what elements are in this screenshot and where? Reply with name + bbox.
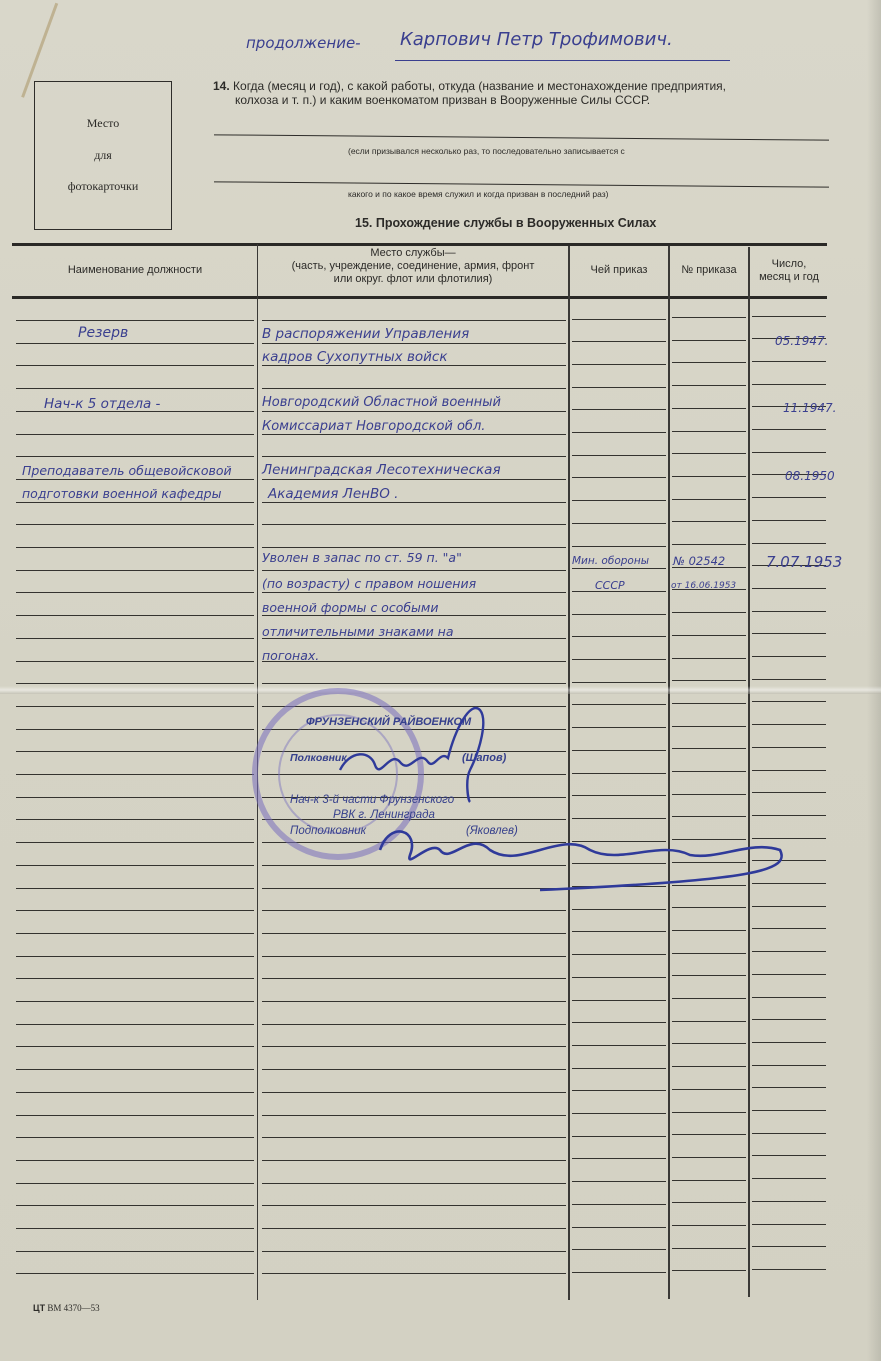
ruled-line xyxy=(16,570,254,571)
table-top-border xyxy=(12,243,827,246)
question-14-note-2: какого и по какое время служил и когда п… xyxy=(348,189,608,199)
ruled-line xyxy=(16,1160,254,1161)
ruled-line xyxy=(752,1178,826,1179)
ruled-line xyxy=(752,1269,826,1270)
ruled-line xyxy=(572,319,666,320)
name-underline xyxy=(395,60,730,61)
row-1-place-line-1: В распоряжении Управления xyxy=(262,326,469,342)
question-14-note-1: (если призывался несколько раз, то после… xyxy=(348,146,625,156)
ruled-line xyxy=(672,953,746,954)
ruled-line xyxy=(262,411,566,412)
question-14-number: 14. xyxy=(213,79,230,93)
ruled-line xyxy=(262,1069,566,1070)
ruled-line xyxy=(672,658,746,659)
ruled-line xyxy=(262,320,566,321)
ruled-line xyxy=(262,1001,566,1002)
ruled-line xyxy=(16,1205,254,1206)
ruled-line xyxy=(16,388,254,389)
ruled-line xyxy=(752,633,826,634)
ruled-line xyxy=(262,1115,566,1116)
ruled-line xyxy=(572,659,666,660)
signer-2-rank: Подполковник xyxy=(290,825,366,837)
ruled-line xyxy=(572,455,666,456)
ruled-line xyxy=(752,928,826,929)
ruled-line xyxy=(752,1201,826,1202)
ruled-line xyxy=(572,364,666,365)
ruled-line xyxy=(672,680,746,681)
ruled-line xyxy=(572,523,666,524)
form-code: ЦТ ВМ 4370—53 xyxy=(33,1303,100,1313)
ruled-line xyxy=(752,1133,826,1134)
ruled-line xyxy=(752,1224,826,1225)
ruled-line xyxy=(672,1043,746,1044)
ruled-line xyxy=(752,770,826,771)
ruled-line xyxy=(572,750,666,751)
ruled-line xyxy=(572,954,666,955)
ruled-line xyxy=(262,456,566,457)
ruled-line xyxy=(752,429,826,430)
header-order-number: № приказа xyxy=(670,264,748,277)
ruled-line xyxy=(572,1090,666,1091)
ruled-line xyxy=(262,524,566,525)
ruled-line xyxy=(16,1115,254,1116)
ruled-line xyxy=(16,1137,254,1138)
ruled-line xyxy=(672,1180,746,1181)
ruled-line xyxy=(572,931,666,932)
ruled-line xyxy=(572,1249,666,1250)
ruled-line xyxy=(672,1202,746,1203)
ruled-line xyxy=(572,682,666,683)
table-header-bottom-border xyxy=(12,296,827,299)
ruled-line xyxy=(752,724,826,725)
ruled-line xyxy=(752,747,826,748)
ruled-line xyxy=(262,615,566,616)
ruled-line xyxy=(672,907,746,908)
row-4-place-line-3: военной формы с особыми xyxy=(262,600,438,615)
ruled-line xyxy=(262,547,566,548)
ruled-line xyxy=(262,1137,566,1138)
row-2-position: Нач-к 5 отдела - xyxy=(44,396,160,412)
ruled-line xyxy=(752,588,826,589)
ruled-line xyxy=(16,797,254,798)
ruled-line xyxy=(672,1134,746,1135)
header-date-line-2: месяц и год xyxy=(750,271,828,284)
ruled-line xyxy=(752,543,826,544)
ruled-line xyxy=(672,794,746,795)
ruled-line xyxy=(752,1087,826,1088)
ruled-line xyxy=(672,1157,746,1158)
ruled-line xyxy=(16,706,254,707)
ruled-line xyxy=(572,1113,666,1114)
ruled-line xyxy=(16,751,254,752)
ruled-line xyxy=(262,343,566,344)
row-1-date: 05.1947. xyxy=(775,334,828,348)
ruled-line xyxy=(672,476,746,477)
ruled-line xyxy=(16,774,254,775)
header-place-line-1: Место службы— xyxy=(258,247,568,260)
header-date-line-1: Число, xyxy=(750,258,828,271)
ruled-line xyxy=(262,1024,566,1025)
answer-line-1 xyxy=(214,134,829,140)
ruled-line xyxy=(262,683,566,684)
ruled-line xyxy=(572,727,666,728)
ruled-line xyxy=(572,977,666,978)
ruled-line xyxy=(672,1248,746,1249)
ruled-line xyxy=(262,1092,566,1093)
ruled-line xyxy=(752,1155,826,1156)
ruled-line xyxy=(572,409,666,410)
ruled-line xyxy=(262,1160,566,1161)
ruled-line xyxy=(262,978,566,979)
ruled-line xyxy=(16,434,254,435)
ruled-line xyxy=(672,1112,746,1113)
ruled-line xyxy=(752,906,826,907)
row-2-place-line-2: Комиссариат Новгородской обл. xyxy=(262,419,485,434)
ruled-line xyxy=(16,502,254,503)
row-2-place-line-1: Новгородский Областной военный xyxy=(262,395,501,410)
ruled-line xyxy=(16,638,254,639)
photo-box-label-1: Место xyxy=(35,116,171,131)
ruled-line xyxy=(572,546,666,547)
ruled-line xyxy=(752,497,826,498)
ruled-line xyxy=(572,1227,666,1228)
row-3-place-line-1: Ленинградская Лесотехническая xyxy=(262,462,501,478)
ruled-line xyxy=(16,729,254,730)
ruled-line xyxy=(16,1183,254,1184)
row-4-order-by-line-2: СССР xyxy=(595,579,625,592)
ruled-line xyxy=(752,974,826,975)
ruled-line xyxy=(672,521,746,522)
ruled-line xyxy=(752,1246,826,1247)
header-date: Число, месяц и год xyxy=(750,258,828,284)
ruled-line xyxy=(672,1021,746,1022)
ruled-line xyxy=(572,614,666,615)
row-3-position-line-2: подготовки военной кафедры xyxy=(22,486,221,501)
row-4-place-line-4: отличительными знаками на xyxy=(262,624,454,639)
ruled-line xyxy=(16,1251,254,1252)
ruled-line xyxy=(16,865,254,866)
ruled-line xyxy=(572,477,666,478)
row-3-position-line-1: Преподаватель общевойсковой xyxy=(22,463,232,478)
ruled-line xyxy=(752,679,826,680)
ruled-line xyxy=(672,317,746,318)
ruled-line xyxy=(262,1183,566,1184)
row-2-date: 11.1947. xyxy=(783,401,836,415)
ruled-line xyxy=(16,842,254,843)
column-divider-3 xyxy=(668,246,670,1299)
ruled-line xyxy=(672,1066,746,1067)
ruled-line xyxy=(16,615,254,616)
ruled-line xyxy=(672,930,746,931)
ruled-line xyxy=(752,1019,826,1020)
ruled-line xyxy=(16,592,254,593)
ruled-line xyxy=(16,819,254,820)
row-4-place-line-1: Уволен в запас по ст. 59 п. "а" xyxy=(262,550,462,565)
ruled-line xyxy=(672,771,746,772)
photo-box-label-3: фотокарточки xyxy=(35,179,171,194)
ruled-line xyxy=(16,547,254,548)
row-4-place-line-2: (по возрасту) с правом ношения xyxy=(262,576,476,591)
question-14-line-1: Когда (месяц и год), с какой работы, отк… xyxy=(233,79,726,93)
ruled-line xyxy=(16,888,254,889)
ruled-line xyxy=(752,1110,826,1111)
ruled-line xyxy=(16,910,254,911)
ruled-line xyxy=(572,773,666,774)
ruled-line xyxy=(672,726,746,727)
ruled-line xyxy=(672,431,746,432)
ruled-line xyxy=(752,701,826,702)
document-page: продолжение- Карпович Петр Трофимович. М… xyxy=(0,0,881,1361)
ruled-line xyxy=(572,909,666,910)
ruled-line xyxy=(16,933,254,934)
ruled-line xyxy=(752,520,826,521)
header-position: Наименование должности xyxy=(14,264,256,277)
ruled-line xyxy=(672,385,746,386)
ruled-line xyxy=(572,636,666,637)
signature-1 xyxy=(330,690,490,810)
ruled-line xyxy=(752,951,826,952)
ruled-line xyxy=(572,704,666,705)
ruled-line xyxy=(572,1045,666,1046)
ruled-line xyxy=(672,1089,746,1090)
ruled-line xyxy=(572,568,666,569)
ruled-line xyxy=(16,978,254,979)
ruled-line xyxy=(572,341,666,342)
ruled-line xyxy=(262,1205,566,1206)
photo-placeholder-box: Место для фотокарточки xyxy=(34,81,172,230)
ruled-line xyxy=(672,1270,746,1271)
ruled-line xyxy=(262,933,566,934)
ruled-line xyxy=(752,452,826,453)
row-4-order-by-line-1: Мин. обороны xyxy=(572,555,649,567)
question-14-line-2: колхоза и т. п.) и каким военкоматом при… xyxy=(213,93,833,107)
ruled-line xyxy=(16,365,254,366)
ruled-line xyxy=(672,975,746,976)
question-14: 14. Когда (месяц и год), с какой работы,… xyxy=(213,79,833,107)
ruled-line xyxy=(572,1068,666,1069)
ruled-line xyxy=(16,524,254,525)
ruled-line xyxy=(16,343,254,344)
answer-line-2 xyxy=(214,181,829,187)
ruled-line xyxy=(16,661,254,662)
row-1-position: Резерв xyxy=(78,325,128,341)
ruled-line xyxy=(752,792,826,793)
ruled-line xyxy=(672,544,746,545)
ruled-line xyxy=(16,956,254,957)
ruled-line xyxy=(752,656,826,657)
ruled-line xyxy=(572,795,666,796)
ruled-line xyxy=(16,1046,254,1047)
ruled-line xyxy=(572,432,666,433)
ruled-line xyxy=(752,1042,826,1043)
ruled-line xyxy=(572,1204,666,1205)
ruled-line xyxy=(16,456,254,457)
ruled-line xyxy=(16,1228,254,1229)
ruled-line xyxy=(672,635,746,636)
header-place-line-3: или округ. флот или флотилия) xyxy=(258,273,568,286)
ruled-line xyxy=(16,320,254,321)
ruled-line xyxy=(752,997,826,998)
section-15-title: 15. Прохождение службы в Вооруженных Сил… xyxy=(355,216,656,230)
ruled-line xyxy=(752,1065,826,1066)
handwritten-continuation-label: продолжение- xyxy=(246,34,361,52)
ruled-line xyxy=(752,611,826,612)
ruled-line xyxy=(572,1022,666,1023)
ruled-line xyxy=(262,1046,566,1047)
ruled-line xyxy=(572,500,666,501)
ruled-line xyxy=(16,1069,254,1070)
ruled-line xyxy=(16,683,254,684)
ruled-line xyxy=(16,1024,254,1025)
ruled-line xyxy=(572,1000,666,1001)
ruled-line xyxy=(672,340,746,341)
row-4-order-number-line-2: от 16.06.1953 xyxy=(671,581,736,591)
ruled-line xyxy=(572,1181,666,1182)
ruled-line xyxy=(16,1001,254,1002)
ruled-line xyxy=(262,479,566,480)
ruled-line xyxy=(16,1273,254,1274)
ruled-line xyxy=(262,592,566,593)
ruled-line xyxy=(752,316,826,317)
ruled-line xyxy=(572,1272,666,1273)
signature-2 xyxy=(360,810,800,900)
row-3-place-line-2: Академия ЛенВО . xyxy=(268,486,398,502)
ruled-line xyxy=(262,388,566,389)
ruled-line xyxy=(262,956,566,957)
column-divider-2 xyxy=(568,246,570,1300)
page-edge-shadow xyxy=(867,0,881,1361)
ruled-line xyxy=(572,1136,666,1137)
ruled-line xyxy=(672,453,746,454)
row-1-place-line-2: кадров Сухопутных войск xyxy=(262,349,448,365)
handwritten-person-name: Карпович Петр Трофимович. xyxy=(400,29,673,50)
ruled-line xyxy=(672,362,746,363)
form-code-number: ВМ 4370—53 xyxy=(47,1303,99,1313)
ruled-line xyxy=(752,384,826,385)
ruled-line xyxy=(672,748,746,749)
row-3-date: 08.1950 xyxy=(785,469,835,483)
ruled-line xyxy=(672,703,746,704)
header-order-by: Чей приказ xyxy=(570,264,668,277)
header-place-line-2: (часть, учреждение, соединение, армия, ф… xyxy=(258,260,568,273)
row-4-place-line-5: погонах. xyxy=(262,648,319,663)
ruled-line xyxy=(262,910,566,911)
row-4-order-number-line-1: № 02542 xyxy=(673,554,725,568)
ruled-line xyxy=(572,1158,666,1159)
ruled-line xyxy=(752,361,826,362)
ruled-line xyxy=(672,1225,746,1226)
ruled-line xyxy=(262,365,566,366)
header-place-of-service: Место службы— (часть, учреждение, соедин… xyxy=(258,247,568,286)
ruled-line xyxy=(262,1273,566,1274)
row-4-date: 7.07.1953 xyxy=(766,553,842,571)
ruled-line xyxy=(672,408,746,409)
ruled-line xyxy=(672,612,746,613)
ruled-line xyxy=(262,1251,566,1252)
form-code-prefix: ЦТ xyxy=(33,1303,45,1313)
photo-box-label-2: для xyxy=(35,148,171,163)
ruled-line xyxy=(572,387,666,388)
ruled-line xyxy=(672,998,746,999)
ruled-line xyxy=(262,1228,566,1229)
ruled-line xyxy=(16,479,254,480)
ruled-line xyxy=(672,499,746,500)
ruled-line xyxy=(16,1092,254,1093)
column-divider-4 xyxy=(748,247,750,1297)
ruled-line xyxy=(262,570,566,571)
